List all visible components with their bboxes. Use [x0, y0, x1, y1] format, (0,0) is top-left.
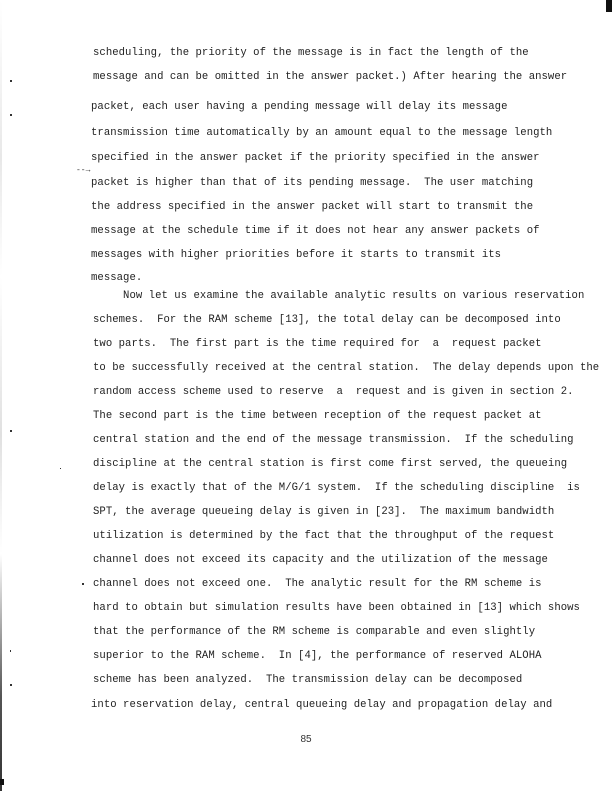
page-left-edge	[0, 0, 2, 791]
text-line: message and can be omitted in the answer…	[93, 71, 567, 83]
text-line: message.	[91, 272, 142, 284]
text-line: superior to the RAM scheme. In [4], the …	[93, 650, 542, 662]
scan-corner-mark	[606, 0, 612, 12]
text-line: to be successfully received at the centr…	[93, 362, 599, 374]
text-line: channel does not exceed one. The analyti…	[93, 578, 542, 590]
text-line: transmission time automatically by an am…	[91, 127, 552, 139]
text-line: hard to obtain but simulation results ha…	[93, 602, 580, 614]
text-line: the address specified in the answer pack…	[91, 201, 533, 213]
text-line: specified in the answer packet if the pr…	[91, 152, 540, 164]
page-number: 85	[300, 734, 311, 745]
text-line: into reservation delay, central queueing…	[91, 699, 552, 711]
text-line: schemes. For the RAM scheme [13], the to…	[93, 314, 561, 326]
text-line: two parts. The first part is the time re…	[93, 338, 542, 350]
text-line: Now let us examine the available analyti…	[91, 290, 584, 302]
text-line: packet is higher than that of its pendin…	[91, 177, 533, 189]
text-line: scheduling, the priority of the message …	[93, 47, 529, 59]
margin-speck	[82, 583, 84, 585]
text-line: packet, each user having a pending messa…	[91, 101, 507, 113]
text-line: that the performance of the RM scheme is…	[93, 626, 535, 638]
text-line: utilization is determined by the fact th…	[93, 530, 554, 542]
text-line: random access scheme used to reserve a r…	[93, 386, 574, 398]
margin-speck	[10, 684, 12, 686]
margin-speck	[10, 114, 12, 116]
margin-speck	[10, 430, 12, 432]
text-line: central station and the end of the messa…	[93, 434, 574, 446]
text-line: message at the schedule time if it does …	[91, 225, 540, 237]
text-line: The second part is the time between rece…	[93, 410, 542, 422]
text-line: scheme has been analyzed. The transmissi…	[93, 674, 522, 686]
scanned-page: --→ scheduling, the priority of the mess…	[0, 0, 612, 791]
margin-speck	[10, 80, 12, 82]
text-line: discipline at the central station is fir…	[93, 458, 567, 470]
text-line: channel does not exceed its capacity and…	[93, 554, 548, 566]
margin-speck	[60, 468, 61, 469]
text-line: messages with higher priorities before i…	[91, 249, 501, 261]
text-line: SPT, the average queueing delay is given…	[93, 506, 554, 518]
scan-bottom-mark	[0, 779, 4, 785]
margin-caret-mark: --→	[76, 167, 90, 175]
margin-speck	[10, 650, 11, 652]
text-line: delay is exactly that of the M/G/1 syste…	[93, 482, 580, 494]
